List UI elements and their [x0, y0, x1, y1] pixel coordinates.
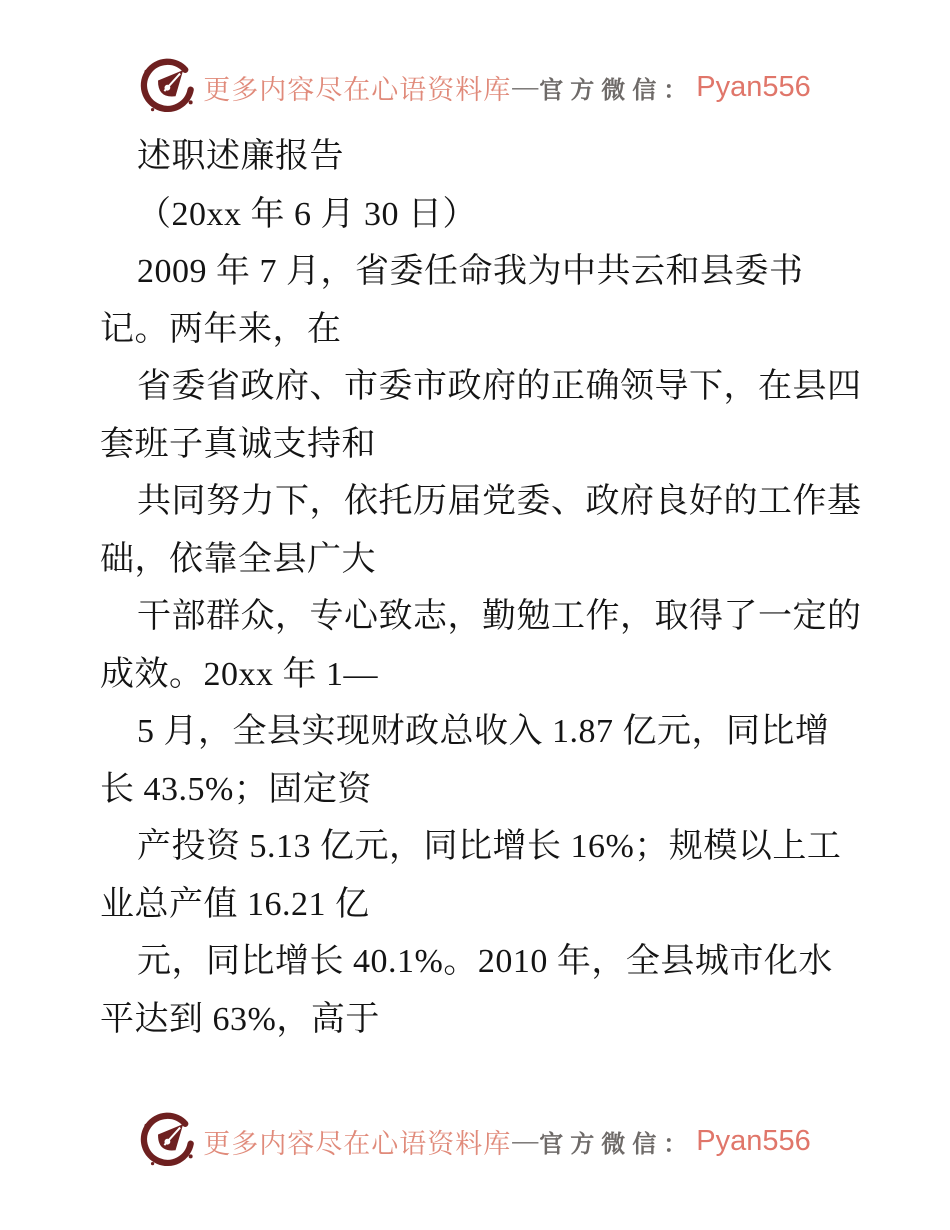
banner-brand-text: 更多内容尽在心语资料库: [203, 68, 511, 107]
pen-logo-icon: [139, 1112, 197, 1170]
banner-wechat-id: Pyan556: [696, 1125, 811, 1158]
banner-dash: —: [512, 1126, 538, 1156]
text-line: 元，同比增长 40.1%。2010 年，全县城市化水: [100, 933, 862, 991]
text-line: 产投资 5.13 亿元，同比增长 16%；规模以上工: [100, 818, 862, 876]
text-line: 成效。20xx 年 1—: [100, 646, 862, 704]
header-banner: 更多内容尽在心语资料库 — 官方微信： Pyan556: [0, 58, 950, 116]
banner-label: 官方微信：: [539, 1124, 694, 1159]
document-title: 述职述廉报告: [100, 128, 862, 186]
text-line: 干部群众，专心致志，勤勉工作，取得了一定的: [100, 588, 862, 646]
text-line: 2009 年 7 月，省委任命我为中共云和县委书: [100, 243, 862, 301]
pen-logo-icon: [139, 58, 197, 116]
document-page: 更多内容尽在心语资料库 — 官方微信： Pyan556 述职述廉报告（20xx …: [0, 0, 950, 1230]
text-line: 记。两年来，在: [100, 301, 862, 359]
text-line: 业总产值 16.21 亿: [100, 876, 862, 934]
text-line: 础，依靠全县广大: [100, 531, 862, 589]
text-line: 长 43.5%；固定资: [100, 761, 862, 819]
text-line: 5 月，全县实现财政总收入 1.87 亿元，同比增: [100, 703, 862, 761]
document-body: 述职述廉报告（20xx 年 6 月 30 日）2009 年 7 月，省委任命我为…: [100, 128, 862, 1048]
banner-wechat-id: Pyan556: [696, 71, 811, 104]
footer-banner: 更多内容尽在心语资料库 — 官方微信： Pyan556: [0, 1112, 950, 1170]
document-date: （20xx 年 6 月 30 日）: [100, 186, 862, 244]
text-line: 平达到 63%，高于: [100, 991, 862, 1049]
banner-dash: —: [512, 72, 538, 102]
banner-brand-text: 更多内容尽在心语资料库: [203, 1122, 511, 1161]
banner-label: 官方微信：: [539, 70, 694, 105]
text-line: 共同努力下，依托历届党委、政府良好的工作基: [100, 473, 862, 531]
text-line: 省委省政府、市委市政府的正确领导下，在县四: [100, 358, 862, 416]
text-line: 套班子真诚支持和: [100, 416, 862, 474]
